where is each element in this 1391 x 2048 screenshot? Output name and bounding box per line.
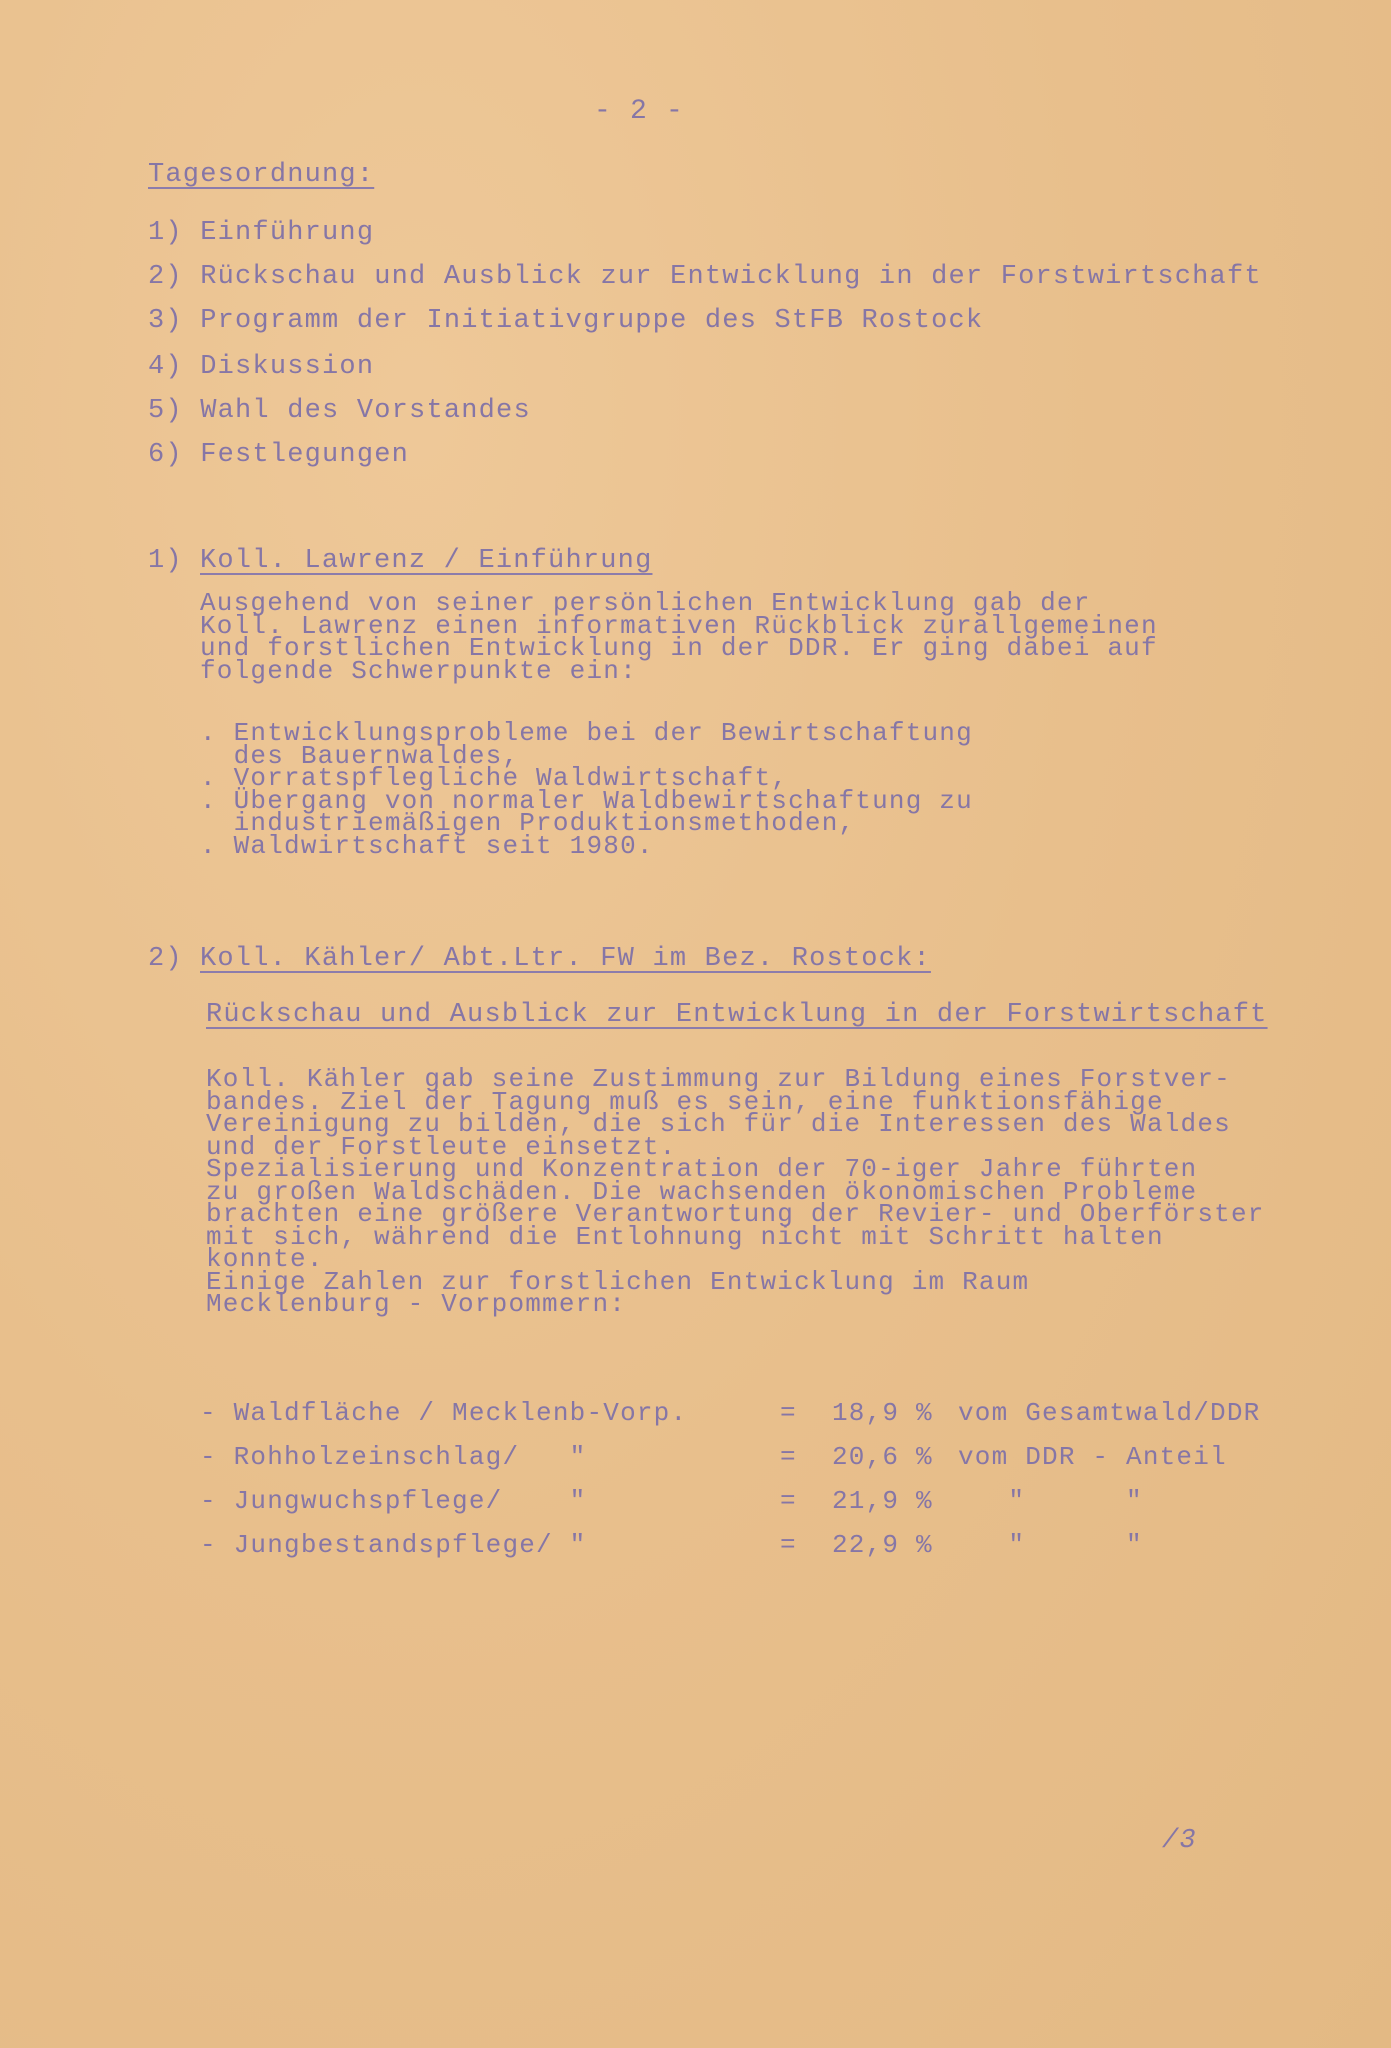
- bullet-line: . Waldwirtschaft seit 1980.: [200, 831, 654, 861]
- figure-value: 22,9 %: [832, 1530, 933, 1560]
- agenda-item: 4) Diskussion: [148, 352, 374, 382]
- page-number: - 2 -: [594, 96, 684, 127]
- section1-heading: Koll. Lawrenz / Einführung: [200, 546, 652, 576]
- agenda-item: 3) Programm der Initiativgruppe des StFB…: [148, 306, 983, 336]
- figure-value: 20,6 %: [832, 1442, 933, 1472]
- continuation-marker: /3: [1162, 1826, 1197, 1856]
- agenda-item: 6) Festlegungen: [148, 440, 409, 470]
- section2-number: 2): [148, 944, 183, 974]
- figure-equals: =: [780, 1486, 797, 1516]
- figure-label: - Jungwuchspflege/ ": [200, 1486, 586, 1516]
- paragraph-line: Mecklenburg - Vorpommern:: [206, 1289, 626, 1319]
- section1-number: 1): [148, 546, 183, 576]
- agenda-item: 1) Einführung: [148, 218, 374, 248]
- figure-value: 21,9 %: [832, 1486, 933, 1516]
- figure-equals: =: [780, 1442, 797, 1472]
- agenda-item: 2) Rückschau und Ausblick zur Entwicklun…: [148, 262, 1262, 292]
- figure-label: - Jungbestandspflege/ ": [200, 1530, 586, 1560]
- paragraph-line: folgende Schwerpunkte ein:: [200, 656, 637, 686]
- document-page: - 2 - Tagesordnung: 1) Einführung 2) Rüc…: [0, 0, 1391, 2048]
- figure-label: - Rohholzeinschlag/ ": [200, 1442, 586, 1472]
- figure-note: " ": [958, 1530, 1143, 1560]
- figure-label: - Waldfläche / Mecklenb-Vorp.: [200, 1398, 687, 1428]
- figure-equals: =: [780, 1398, 797, 1428]
- agenda-title: Tagesordnung:: [148, 160, 374, 190]
- figure-equals: =: [780, 1530, 797, 1560]
- figure-note: vom DDR - Anteil: [958, 1442, 1227, 1472]
- section2-subheading: Rückschau und Ausblick zur Entwicklung i…: [206, 1000, 1268, 1030]
- figure-value: 18,9 %: [832, 1398, 933, 1428]
- figure-note: " ": [958, 1486, 1143, 1516]
- paragraph-line: mit sich, während die Entlohnung nicht m…: [206, 1222, 1164, 1252]
- agenda-item: 5) Wahl des Vorstandes: [148, 396, 531, 426]
- section2-heading: Koll. Kähler/ Abt.Ltr. FW im Bez. Rostoc…: [200, 944, 931, 974]
- figure-note: vom Gesamtwald/DDR: [958, 1398, 1260, 1428]
